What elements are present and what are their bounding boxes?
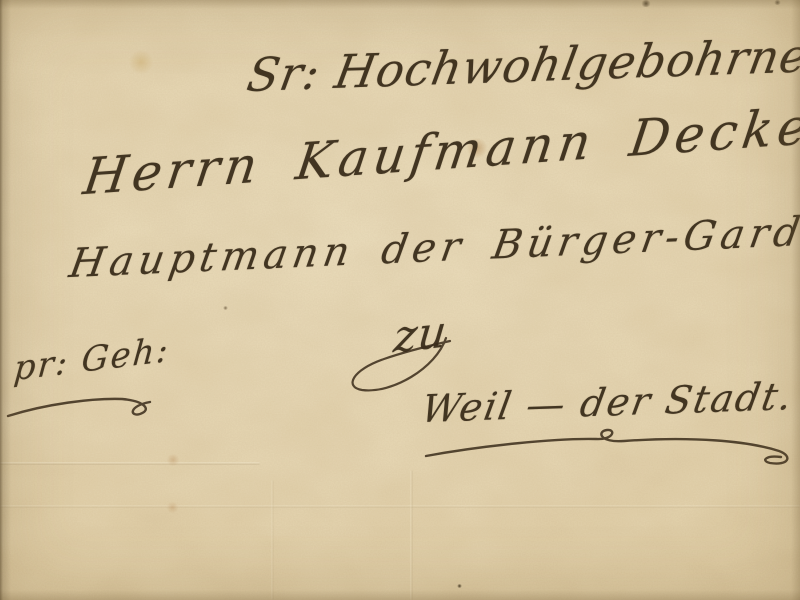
speck-top-edge-1 [641, 0, 651, 7]
address-line-honorific: Sr: Hochwohlgebohrnen [244, 31, 800, 98]
ink-speck-bottom [457, 584, 462, 588]
stain-faint-left-2 [166, 502, 179, 513]
stain-faint-left-1 [166, 454, 180, 466]
scanned-letter-page: Sr: Hochwohlgebohrnen Herrn Kaufmann Dec… [0, 0, 800, 600]
fiber-speck-mid [223, 306, 228, 310]
speck-top-edge-2 [774, 0, 781, 5]
fold-crease-vertical-2 [271, 480, 274, 600]
address-line-title: Hauptmann der Bürger-Garde [67, 211, 800, 285]
stain-yellow-top-left [128, 50, 154, 74]
fold-crease-horizontal-2 [0, 505, 800, 508]
address-line-preposition: zu [392, 310, 450, 360]
address-line-recipient: Herrn Kaufmann Decker [80, 99, 800, 203]
flourish-under-postal-note [8, 399, 150, 416]
flourish-under-place [426, 430, 787, 464]
postal-note: pr: Geh: [12, 333, 171, 387]
fold-crease-horizontal-1 [0, 462, 260, 465]
fold-crease-vertical-1 [410, 470, 413, 600]
address-line-place: Weil — der Stadt. [419, 377, 797, 428]
